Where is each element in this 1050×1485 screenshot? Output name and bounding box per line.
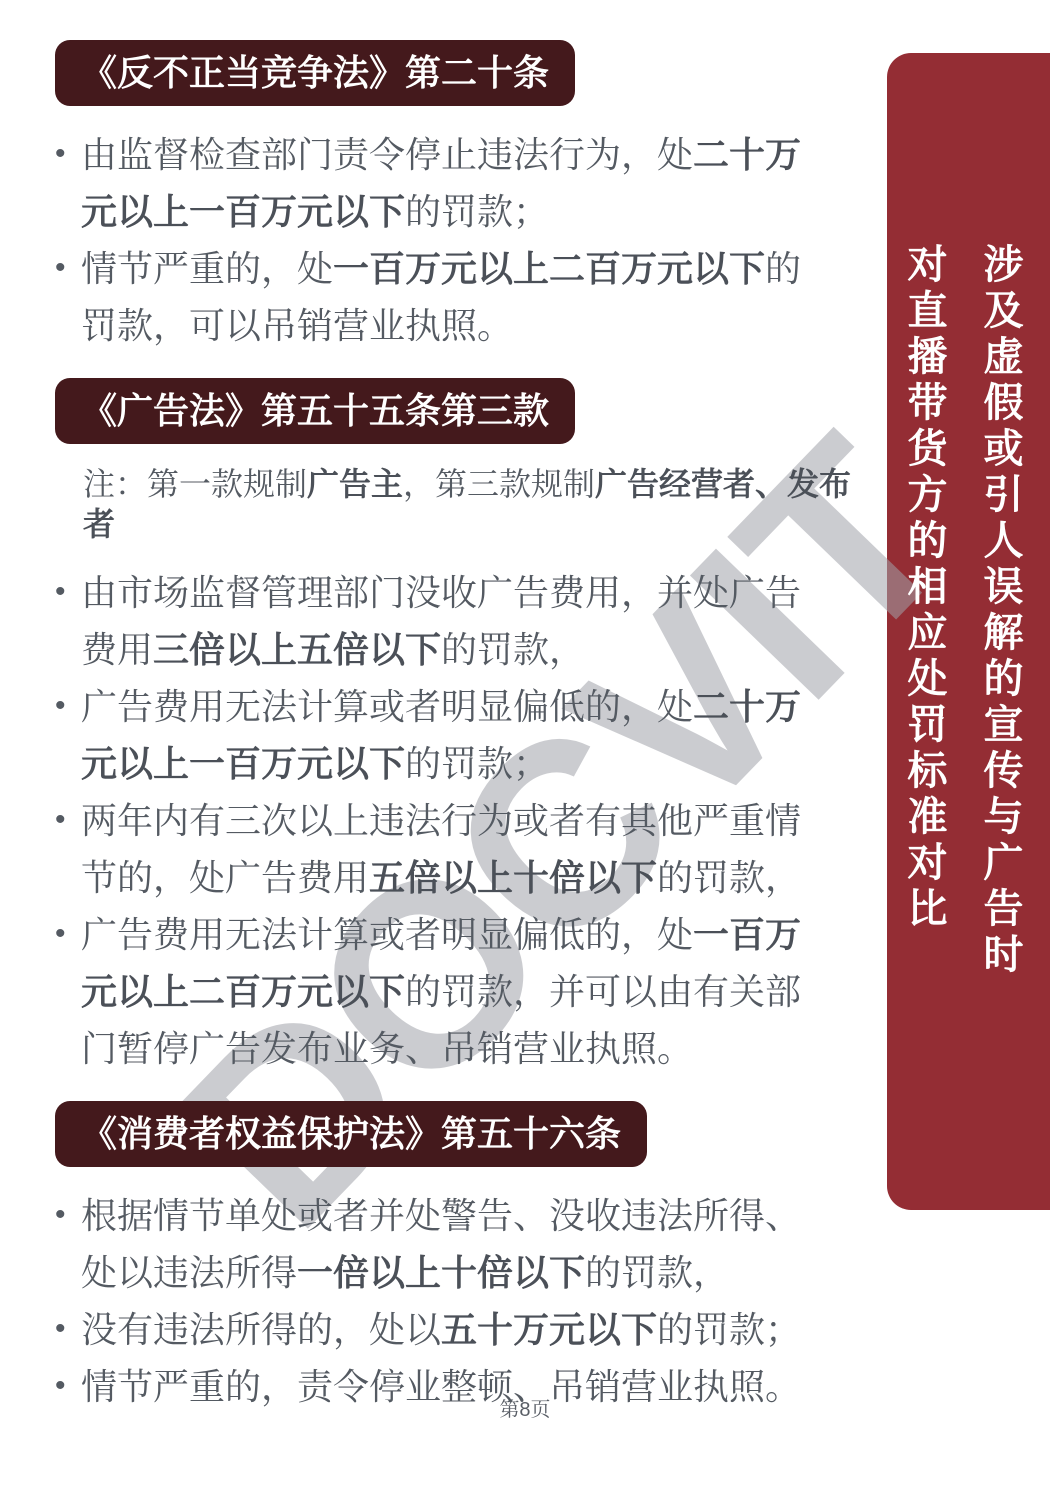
law-title: 《广告法》第五十五条第三款 — [81, 390, 549, 431]
law-title: 《反不正当竞争法》第二十条 — [81, 52, 549, 93]
plain-text: 由监督检查部门责令停止违法行为，处 — [81, 134, 693, 175]
plain-text: 广告费用无法计算或者明显偏低的，处 — [81, 686, 693, 727]
bullet-list: 根据情节单处或者并处警告、没收违法所得、处以违法所得一倍以上十倍以下的罚款，没有… — [55, 1187, 819, 1415]
bullet-list: 由监督检查部门责令停止违法行为，处二十万元以上一百万元以下的罚款；情节严重的，处… — [55, 126, 819, 354]
bullet-item: 由市场监督管理部门没收广告费用，并处广告费用三倍以上五倍以下的罚款， — [55, 564, 819, 678]
law-section: 《反不正当竞争法》第二十条 由监督检查部门责令停止违法行为，处二十万元以上一百万… — [55, 40, 865, 354]
plain-text: 注：第一款规制 — [83, 466, 307, 502]
law-title-bar: 《消费者权益保护法》第五十六条 — [55, 1101, 647, 1167]
page-number: 第8页 — [499, 1399, 550, 1421]
emphasis-text: 五十万元以下 — [441, 1309, 657, 1350]
plain-text: 的罚款， — [657, 857, 801, 898]
emphasis-text: 一百万元以上二百万元以下 — [333, 248, 765, 289]
sidebar-vertical-text: 涉及虚假或引人误解的宣传与广告时 对直播带货方的相应处罚标准对比 — [886, 243, 1038, 979]
plain-text: 的罚款； — [405, 743, 549, 784]
plain-text: 情节严重的，处 — [81, 248, 333, 289]
law-title-bar: 《反不正当竞争法》第二十条 — [55, 40, 575, 106]
plain-text: 的罚款； — [657, 1309, 801, 1350]
plain-text: ，第三款规制 — [403, 466, 595, 502]
law-section: 《广告法》第五十五条第三款 注：第一款规制广告主，第三款规制广告经营者、发布者 … — [55, 378, 865, 1077]
bullet-item: 两年内有三次以上违法行为或者有其他严重情节的，处广告费用五倍以上十倍以下的罚款， — [55, 792, 819, 906]
plain-text: 广告费用无法计算或者明显偏低的，处 — [81, 914, 693, 955]
sidebar-line-left: 对直播带货方的相应处罚标准对比 — [886, 243, 962, 979]
bullet-item: 没有违法所得的，处以五十万元以下的罚款； — [55, 1301, 819, 1358]
emphasis-text: 五倍以上十倍以下 — [369, 857, 657, 898]
bullet-item: 情节严重的，处一百万元以上二百万元以下的罚款，可以吊销营业执照。 — [55, 240, 819, 354]
bullet-item: 广告费用无法计算或者明显偏低的，处二十万元以上一百万元以下的罚款； — [55, 678, 819, 792]
plain-text: 的罚款， — [585, 1252, 729, 1293]
page-footer: 第8页 — [0, 1397, 1050, 1423]
bullet-item: 广告费用无法计算或者明显偏低的，处一百万元以上二百万元以下的罚款，并可以由有关部… — [55, 906, 819, 1077]
bullet-item: 根据情节单处或者并处警告、没收违法所得、处以违法所得一倍以上十倍以下的罚款， — [55, 1187, 819, 1301]
law-title: 《消费者权益保护法》第五十六条 — [81, 1113, 621, 1154]
content-column: 《反不正当竞争法》第二十条 由监督检查部门责令停止违法行为，处二十万元以上一百万… — [55, 40, 865, 1439]
sidebar-line-right: 涉及虚假或引人误解的宣传与广告时 — [962, 243, 1038, 979]
bullet-list: 由市场监督管理部门没收广告费用，并处广告费用三倍以上五倍以下的罚款，广告费用无法… — [55, 564, 819, 1077]
page-root: { "colors": { "page_bg": "#ffffff", "tit… — [0, 0, 1050, 1485]
bullet-item: 由监督检查部门责令停止违法行为，处二十万元以上一百万元以下的罚款； — [55, 126, 819, 240]
plain-text: 的罚款； — [405, 191, 549, 232]
emphasis-text: 广告主 — [307, 466, 403, 502]
plain-text: 没有违法所得的，处以 — [81, 1309, 441, 1350]
section-note: 注：第一款规制广告主，第三款规制广告经营者、发布者 — [83, 464, 865, 544]
emphasis-text: 三倍以上五倍以下 — [153, 629, 441, 670]
sidebar-banner: 涉及虚假或引人误解的宣传与广告时 对直播带货方的相应处罚标准对比 — [887, 53, 1050, 1210]
law-section: 《消费者权益保护法》第五十六条 根据情节单处或者并处警告、没收违法所得、处以违法… — [55, 1101, 865, 1415]
law-title-bar: 《广告法》第五十五条第三款 — [55, 378, 575, 444]
emphasis-text: 一倍以上十倍以下 — [297, 1252, 585, 1293]
plain-text: 的罚款， — [441, 629, 585, 670]
